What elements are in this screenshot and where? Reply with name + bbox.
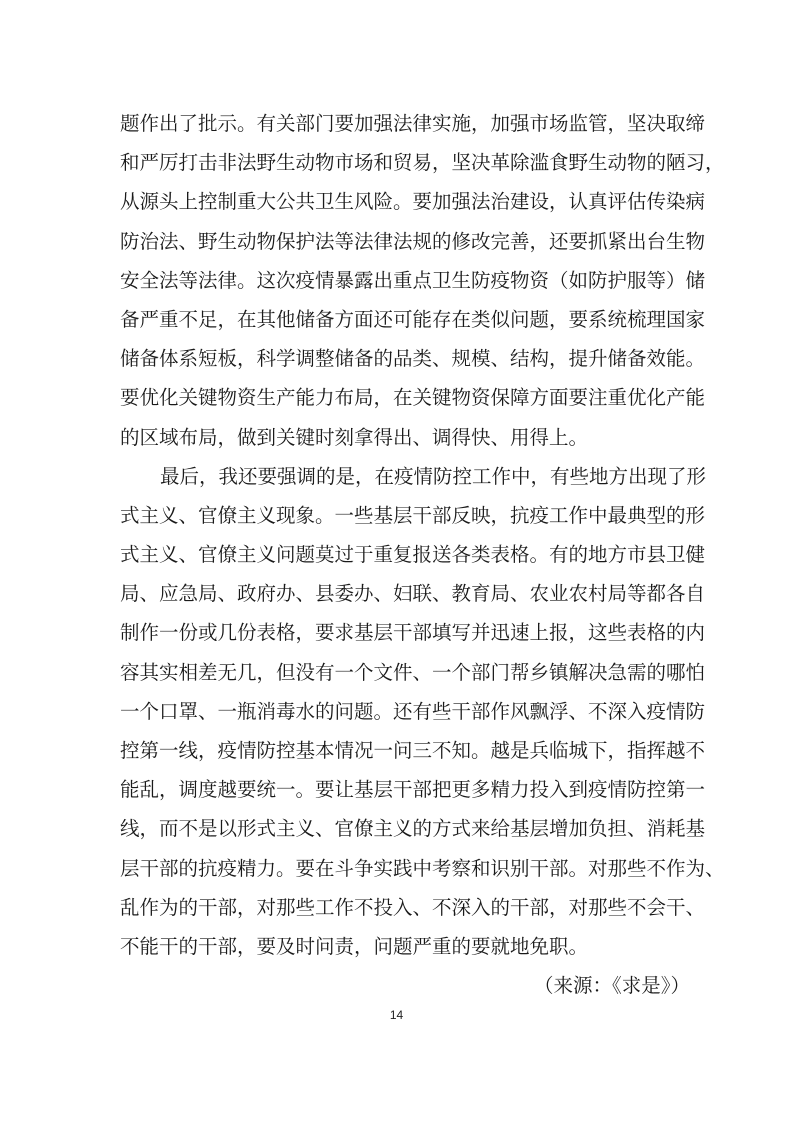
text-line: 不能干的干部，要及时问责，问题严重的要就地免职。: [120, 927, 690, 966]
document-body: 题作出了批示。有关部门要加强法律实施，加强市场监管，坚决取缔 和严厉打击非法野生…: [120, 104, 690, 1005]
text-line: 储备体系短板，科学调整储备的品类、规模、结构，提升储备效能。: [120, 339, 690, 378]
text-line: 控第一线，疫情防控基本情况一问三不知。越是兵临城下，指挥越不: [120, 731, 690, 770]
paragraph-2: 最后，我还要强调的是，在疫情防控工作中，有些地方出现了形 式主义、官僚主义现象。…: [120, 457, 690, 966]
text-line: 从源头上控制重大公共卫生风险。要加强法治建设，认真评估传染病: [120, 182, 690, 221]
paragraph-1: 题作出了批示。有关部门要加强法律实施，加强市场监管，坚决取缔 和严厉打击非法野生…: [120, 104, 690, 457]
source-citation: （来源：《求是》）: [120, 966, 690, 1005]
text-line: 线，而不是以形式主义、官僚主义的方式来给基层增加负担、消耗基: [120, 809, 690, 848]
text-line: 备严重不足，在其他储备方面还可能存在类似问题，要系统梳理国家: [120, 300, 690, 339]
text-line: 防治法、野生动物保护法等法律法规的修改完善，还要抓紧出台生物: [120, 222, 690, 261]
page-number: 14: [0, 1008, 793, 1022]
text-line: 最后，我还要强调的是，在疫情防控工作中，有些地方出现了形: [120, 457, 690, 496]
text-line: 容其实相差无几，但没有一个文件、一个部门帮乡镇解决急需的哪怕: [120, 653, 690, 692]
text-line: 式主义、官僚主义问题莫过于重复报送各类表格。有的地方市县卫健: [120, 535, 690, 574]
text-line: 式主义、官僚主义现象。一些基层干部反映，抗疫工作中最典型的形: [120, 496, 690, 535]
text-line: 乱作为的干部，对那些工作不投入、不深入的干部，对那些不会干、: [120, 888, 690, 927]
text-line: 能乱，调度越要统一。要让基层干部把更多精力投入到疫情防控第一: [120, 770, 690, 809]
text-line: 题作出了批示。有关部门要加强法律实施，加强市场监管，坚决取缔: [120, 104, 690, 143]
text-line: 层干部的抗疫精力。要在斗争实践中考察和识别干部。对那些不作为、: [120, 849, 690, 888]
text-line: 一个口罩、一瓶消毒水的问题。还有些干部作风飘浮、不深入疫情防: [120, 692, 690, 731]
text-line: 要优化关键物资生产能力布局，在关键物资保障方面要注重优化产能: [120, 378, 690, 417]
text-line: 的区域布局，做到关键时刻拿得出、调得快、用得上。: [120, 418, 690, 457]
text-line: 安全法等法律。这次疫情暴露出重点卫生防疫物资（如防护服等）储: [120, 261, 690, 300]
text-line: 制作一份或几份表格，要求基层干部填写并迅速上报，这些表格的内: [120, 613, 690, 652]
text-line: 局、应急局、政府办、县委办、妇联、教育局、农业农村局等都各自: [120, 574, 690, 613]
text-line: 和严厉打击非法野生动物市场和贸易，坚决革除滥食野生动物的陋习，: [120, 143, 690, 182]
